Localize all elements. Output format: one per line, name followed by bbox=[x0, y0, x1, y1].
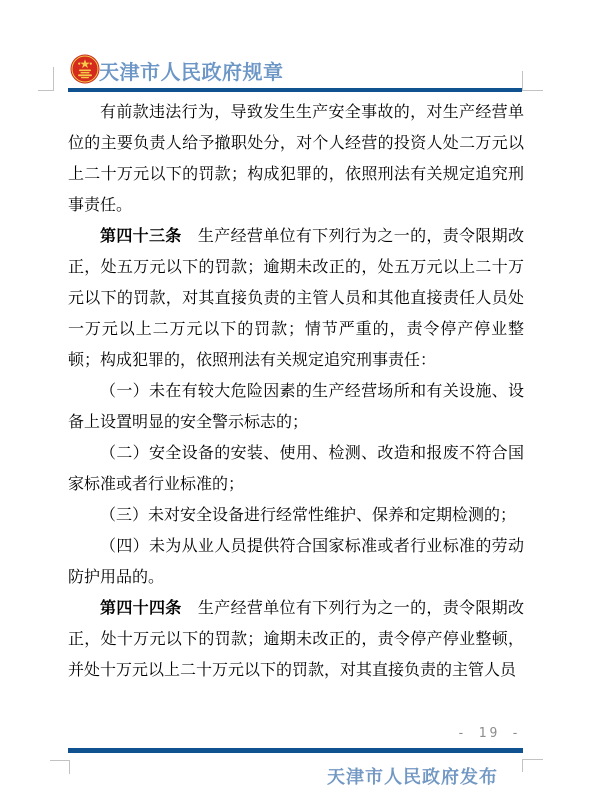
paragraph-text: 生产经营单位有下列行为之一的，责令限期改正，处五万元以下的罚款；逾期未改正的，处… bbox=[68, 226, 524, 369]
crop-mark-top-right bbox=[522, 71, 543, 91]
national-emblem-icon bbox=[70, 54, 100, 84]
paragraph-text: （一）未在有较大危险因素的生产经营场所和有关设施、设备上设置明显的安全警示标志的… bbox=[68, 381, 524, 431]
paragraph-article-44: 第四十四条 生产经营单位有下列行为之一的，责令限期改正，处十万元以下的罚款；逾期… bbox=[68, 592, 524, 685]
page-title: 天津市人民政府规章 bbox=[99, 56, 284, 85]
paragraph-item-2: （二）安全设备的安装、使用、检测、改造和报废不符合国家标准或者行业标准的； bbox=[68, 437, 524, 499]
publisher-label: 天津市人民政府发布 bbox=[0, 763, 498, 789]
paragraph: 有前款违法行为，导致发生生产安全事故的，对生产经营单位的主要负责人给予撤职处分，… bbox=[68, 96, 524, 220]
article-lead: 第四十三条 bbox=[100, 226, 182, 245]
header-rule bbox=[68, 88, 522, 92]
paragraph-text: （四）未为从业人员提供符合国家标准或者行业标准的劳动防护用品的。 bbox=[68, 536, 524, 586]
paragraph-text: （三）未对安全设备进行经常性维护、保养和定期检测的； bbox=[100, 505, 516, 524]
page-number: - 19 - bbox=[0, 726, 522, 741]
document-body: 有前款违法行为，导致发生生产安全事故的，对生产经营单位的主要负责人给予撤职处分，… bbox=[68, 96, 524, 685]
paragraph-item-1: （一）未在有较大危险因素的生产经营场所和有关设施、设备上设置明显的安全警示标志的… bbox=[68, 375, 524, 437]
article-lead: 第四十四条 bbox=[100, 598, 182, 617]
footer-rule bbox=[68, 748, 523, 753]
paragraph-text: （二）安全设备的安装、使用、检测、改造和报废不符合国家标准或者行业标准的； bbox=[68, 443, 524, 493]
paragraph-article-43: 第四十三条 生产经营单位有下列行为之一的，责令限期改正，处五万元以下的罚款；逾期… bbox=[68, 220, 524, 375]
crop-mark-bottom-right bbox=[522, 759, 543, 772]
crop-mark-top-left bbox=[38, 67, 54, 91]
paragraph-text: 有前款违法行为，导致发生生产安全事故的，对生产经营单位的主要负责人给予撤职处分，… bbox=[68, 102, 524, 214]
paragraph-item-4: （四）未为从业人员提供符合国家标准或者行业标准的劳动防护用品的。 bbox=[68, 530, 524, 592]
paragraph-item-3: （三）未对安全设备进行经常性维护、保养和定期检测的； bbox=[68, 499, 524, 530]
